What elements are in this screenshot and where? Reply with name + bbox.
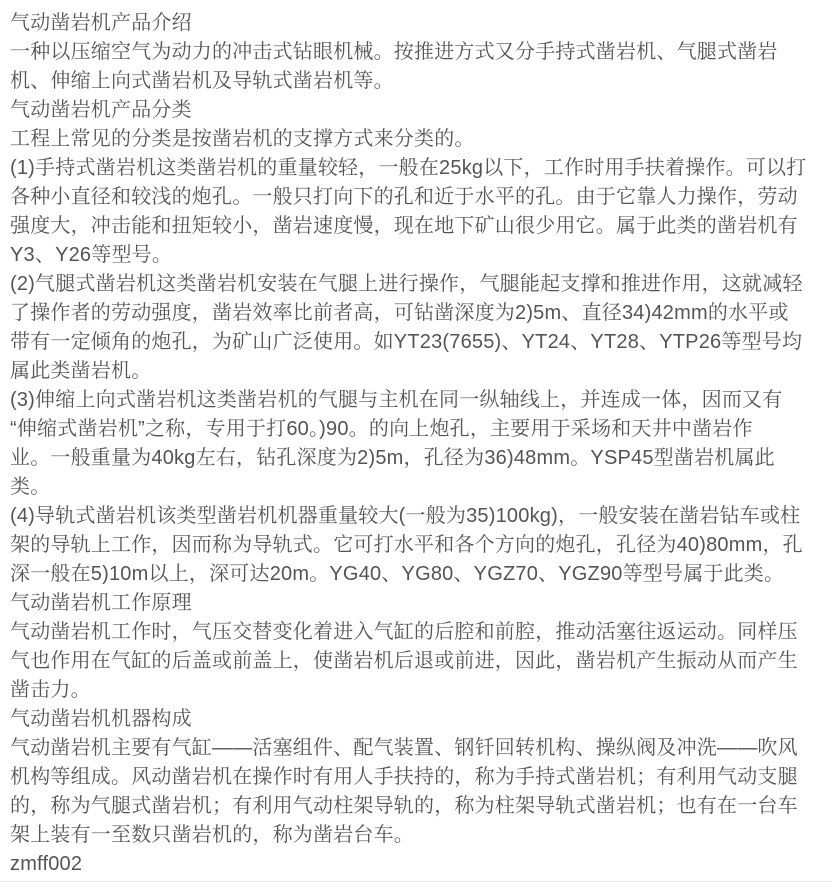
text-line: 深一般在5)10m以上，深可达20m。YG40、YG80、YGZ70、YGZ90… [10, 560, 824, 589]
text-line: 带有一定倾角的炮孔，为矿山广泛使用。如YT23(7655)、YT24、YT28、… [10, 328, 824, 357]
text-line: (4)导轨式凿岩机该类型凿岩机机器重量较大(一般为35)100kg)，一般安装在… [10, 502, 824, 531]
text-line: zmff002 [10, 850, 824, 879]
text-line: 工程上常见的分类是按凿岩机的支撑方式来分类的。 [10, 125, 824, 154]
article-text: 气动凿岩机产品介绍一种以压缩空气为动力的冲击式钻眼机械。按推进方式又分手持式凿岩… [10, 9, 824, 879]
text-line: 架上装有一至数只凿岩机的，称为凿岩台车。 [10, 821, 824, 850]
text-line: 气动凿岩机产品介绍 [10, 9, 824, 38]
text-line: (2)气腿式凿岩机这类凿岩机安装在气腿上进行操作，气腿能起支撑和推进作用，这就减… [10, 270, 824, 299]
text-line: 各种小直径和较浅的炮孔。一般只打向下的孔和近于水平的孔。由于它靠人力操作，劳动 [10, 183, 824, 212]
text-line: 机构等组成。风动凿岩机在操作时有用人手扶持的，称为手持式凿岩机；有利用气动支腿 [10, 763, 824, 792]
text-line: 属此类凿岩机。 [10, 357, 824, 386]
text-line: 气动凿岩机工作时，气压交替变化着进入气缸的后腔和前腔，推动活塞往返运动。同样压 [10, 618, 824, 647]
text-line: 类。 [10, 473, 824, 502]
text-line: 架的导轨上工作，因而称为导轨式。它可打水平和各个方向的炮孔，孔径为40)80mm… [10, 531, 824, 560]
text-line: 凿击力。 [10, 676, 824, 705]
text-line: 业。一般重量为40kg左右，钻孔深度为2)5m，孔径为36)48mm。YSP45… [10, 444, 824, 473]
text-line: 气动凿岩机主要有气缸——活塞组件、配气装置、钢钎回转机构、操纵阀及冲洗——吹风 [10, 734, 824, 763]
text-line: 一种以压缩空气为动力的冲击式钻眼机械。按推进方式又分手持式凿岩机、气腿式凿岩 [10, 38, 824, 67]
text-line: “伸缩式凿岩机”之称，专用于打60。)90。的向上炮孔，主要用于采场和天井中凿岩… [10, 415, 824, 444]
text-line: 机、伸缩上向式凿岩机及导轨式凿岩机等。 [10, 67, 824, 96]
text-line: (1)手持式凿岩机这类凿岩机的重量较轻，一般在25kg以下，工作时用手扶着操作。… [10, 154, 824, 183]
text-line: 气也作用在气缸的后盖或前盖上，使凿岩机后退或前进，因此，凿岩机产生振动从而产生 [10, 647, 824, 676]
article-page: 气动凿岩机产品介绍一种以压缩空气为动力的冲击式钻眼机械。按推进方式又分手持式凿岩… [0, 0, 832, 882]
text-line: 了操作者的劳动强度，凿岩效率比前者高，可钻凿深度为2)5m、直径34)42mm的… [10, 299, 824, 328]
text-line: 的，称为气腿式凿岩机；有利用气动柱架导轨的，称为柱架导轨式凿岩机；也有在一台车 [10, 792, 824, 821]
text-line: 强度大，冲击能和扭矩较小，凿岩速度慢，现在地下矿山很少用它。属于此类的凿岩机有 [10, 212, 824, 241]
text-line: 气动凿岩机工作原理 [10, 589, 824, 618]
text-line: 气动凿岩机机器构成 [10, 705, 824, 734]
text-line: Y3、Y26等型号。 [10, 241, 824, 270]
text-line: 气动凿岩机产品分类 [10, 96, 824, 125]
text-line: (3)伸缩上向式凿岩机这类凿岩机的气腿与主机在同一纵轴线上，并连成一体，因而又有 [10, 386, 824, 415]
